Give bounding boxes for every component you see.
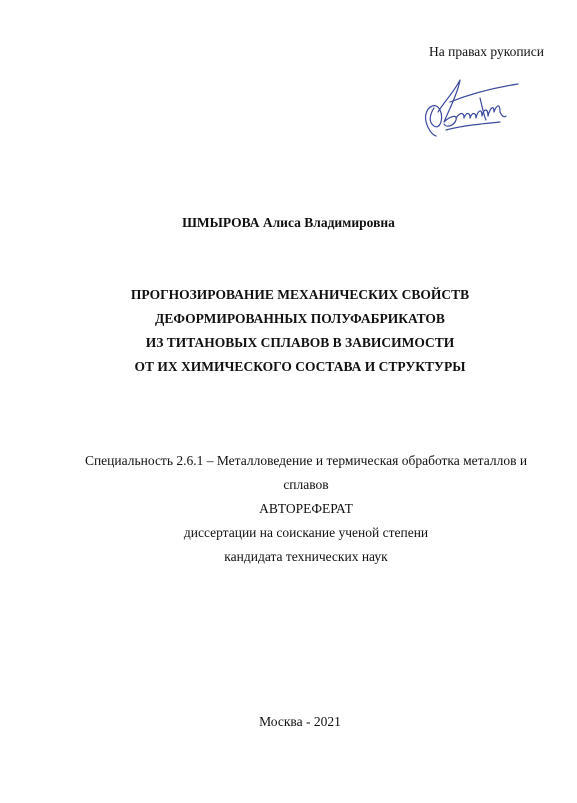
signature-icon (420, 72, 520, 138)
specialty-line-continued: сплавов (0, 473, 577, 497)
title-line-4: ОТ ИХ ХИМИЧЕСКОГО СОСТАВА И СТРУКТУРЫ (0, 355, 577, 379)
dissertation-title: ПРОГНОЗИРОВАНИЕ МЕХАНИЧЕСКИХ СВОЙСТВ ДЕФ… (0, 283, 577, 379)
document-type: АВТОРЕФЕРАТ (0, 497, 577, 521)
degree-name: кандидата технических наук (0, 545, 577, 569)
specialty-line: Специальность 2.6.1 – Металловедение и т… (0, 449, 577, 473)
degree-purpose: диссертации на соискание ученой степени (0, 521, 577, 545)
rights-note: На правах рукописи (0, 44, 544, 60)
title-line-2: ДЕФОРМИРОВАННЫХ ПОЛУФАБРИКАТОВ (0, 307, 577, 331)
title-line-1: ПРОГНОЗИРОВАНИЕ МЕХАНИЧЕСКИХ СВОЙСТВ (0, 283, 577, 307)
title-line-3: ИЗ ТИТАНОВЫХ СПЛАВОВ В ЗАВИСИМОСТИ (0, 331, 577, 355)
specialty-block: Специальность 2.6.1 – Металловедение и т… (0, 449, 577, 569)
city-year: Москва - 2021 (0, 714, 577, 730)
author-name: ШМЫРОВА Алиса Владимировна (0, 215, 577, 231)
